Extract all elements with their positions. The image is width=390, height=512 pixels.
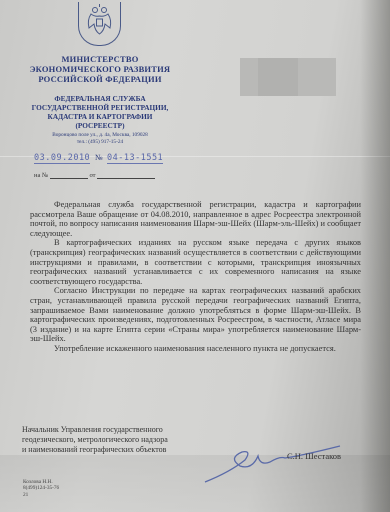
executor-code: 21 bbox=[23, 492, 59, 498]
paragraph: Употребление искаженного наименования на… bbox=[30, 344, 361, 354]
registration-date: 03.09.2010 bbox=[34, 153, 90, 164]
ref-no-blank bbox=[50, 178, 88, 179]
ministry-line: МИНИСТЕРСТВО bbox=[20, 54, 180, 64]
position-line: геодезического, метрологического надзора bbox=[22, 435, 168, 445]
redacted-addressee-part bbox=[258, 58, 298, 96]
service-line: ГОСУДАРСТВЕННОЙ РЕГИСТРАЦИИ, bbox=[20, 103, 180, 112]
letter-body: Федеральная служба государственной регис… bbox=[30, 200, 361, 354]
paragraph: Согласно Инструкции по передаче на карта… bbox=[30, 286, 361, 344]
number-sign: № bbox=[95, 153, 103, 162]
executor-info: Козлова Н.Н. 8(499)124-35-76 21 bbox=[23, 479, 59, 498]
executor-phone: 8(499)124-35-76 bbox=[23, 485, 59, 491]
service-line: ФЕДЕРАЛЬНАЯ СЛУЖБА bbox=[20, 94, 180, 103]
position-line: и наименований географических объектов bbox=[22, 445, 168, 455]
coat-of-arms-icon bbox=[78, 2, 121, 46]
letter-page: МИНИСТЕРСТВО ЭКОНОМИЧЕСКОГО РАЗВИТИЯ РОС… bbox=[0, 0, 390, 512]
signatory-name: С.Н. Шестаков bbox=[287, 451, 341, 461]
phone: тел.: (495) 917-15-24 bbox=[20, 139, 180, 146]
address: Воронцово поле ул., д. 4а, Москва, 10902… bbox=[20, 132, 180, 139]
ministry-name: МИНИСТЕРСТВО ЭКОНОМИЧЕСКОГО РАЗВИТИЯ РОС… bbox=[20, 54, 180, 84]
service-line: (РОСРЕЕСТР) bbox=[20, 121, 180, 130]
ref-no-label: на № bbox=[34, 172, 48, 179]
ref-from-blank bbox=[97, 178, 155, 179]
registration-number: 04-13-1551 bbox=[107, 153, 163, 164]
ref-from-label: от bbox=[89, 172, 95, 179]
address-block: Воронцово поле ул., д. 4а, Москва, 10902… bbox=[20, 132, 180, 146]
signatory-position: Начальник Управления государственного ге… bbox=[22, 425, 168, 455]
paragraph: В картографических изданиях на русском я… bbox=[30, 238, 361, 286]
page-edge-shadow bbox=[360, 0, 390, 512]
service-line: КАДАСТРА И КАРТОГРАФИИ bbox=[20, 112, 180, 121]
paragraph: Федеральная служба государственной регис… bbox=[30, 200, 361, 238]
ministry-line: ЭКОНОМИЧЕСКОГО РАЗВИТИЯ bbox=[20, 64, 180, 74]
reference-line: на № от bbox=[34, 172, 155, 179]
position-line: Начальник Управления государственного bbox=[22, 425, 168, 435]
service-name: ФЕДЕРАЛЬНАЯ СЛУЖБА ГОСУДАРСТВЕННОЙ РЕГИС… bbox=[20, 94, 180, 130]
ministry-line: РОССИЙСКОЙ ФЕДЕРАЦИИ bbox=[20, 74, 180, 84]
